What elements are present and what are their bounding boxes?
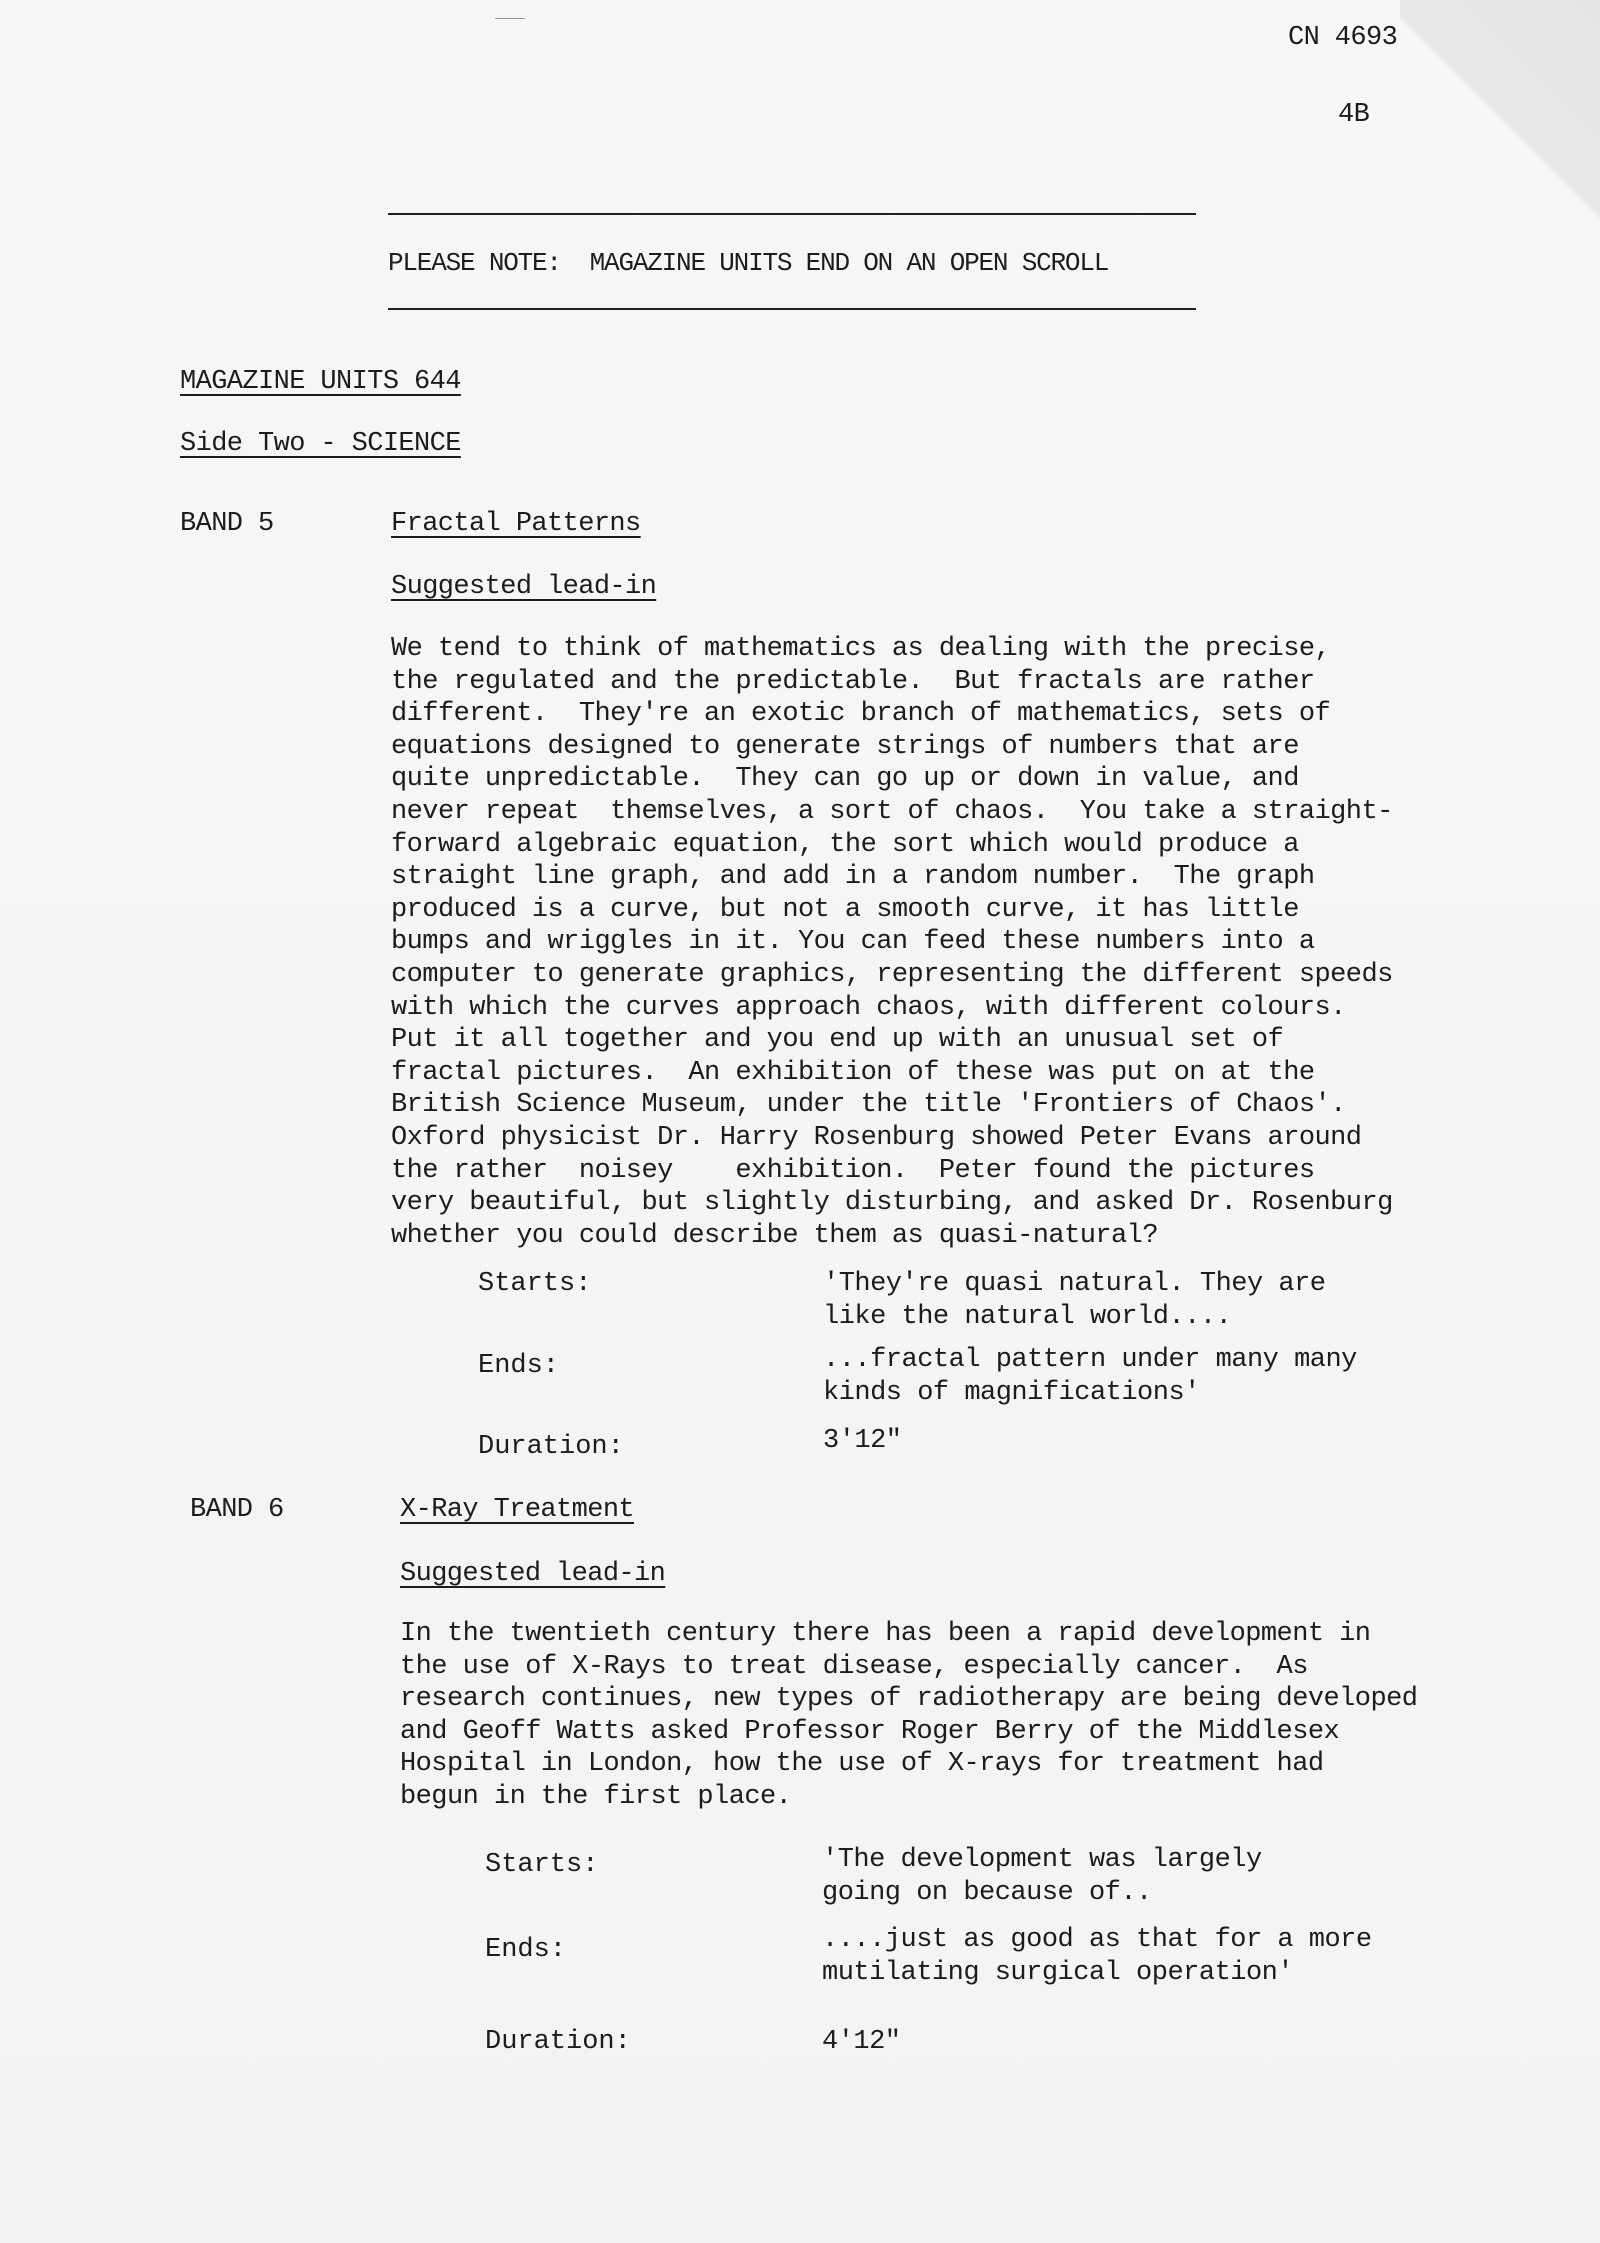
duration-value: 4'12" [822, 2026, 901, 2059]
leadin-line: forward algebraic equation, the sort whi… [391, 829, 1393, 862]
leadin-line: straight line graph, and add in a random… [391, 861, 1393, 894]
leadin-line: Oxford physicist Dr. Harry Rosenburg sho… [391, 1122, 1393, 1155]
ends-label: Ends: [485, 1934, 566, 1967]
leadin-line: equations designed to generate strings o… [391, 731, 1393, 764]
leadin-line: the rather noisey exhibition. Peter foun… [391, 1155, 1393, 1188]
leadin-line: Put it all together and you end up with … [391, 1024, 1393, 1057]
leadin-line: produced is a curve, but not a smooth cu… [391, 894, 1393, 927]
stray-mark [495, 18, 525, 19]
leadin-line: British Science Museum, under the title … [391, 1089, 1393, 1122]
starts-value: 'They're quasi natural. They are like th… [823, 1268, 1325, 1334]
document-code: CN 4693 [1288, 22, 1397, 55]
leadin-line: computer to generate graphics, represent… [391, 959, 1393, 992]
document-page: CN 4693 4B PLEASE NOTE: MAGAZINE UNITS E… [0, 0, 1600, 2243]
leadin-line: the use of X-Rays to treat disease, espe… [400, 1651, 1417, 1684]
folded-corner [1400, 0, 1600, 280]
side-title: Side Two - SCIENCE [180, 428, 461, 461]
starts-value: 'The development was largely going on be… [822, 1844, 1262, 1910]
leadin-line: and Geoff Watts asked Professor Roger Be… [400, 1716, 1417, 1749]
notice: PLEASE NOTE: MAGAZINE UNITS END ON AN OP… [388, 247, 1108, 280]
unit-title: MAGAZINE UNITS 644 [180, 366, 461, 399]
duration-label: Duration: [485, 2026, 631, 2059]
ends-value: ...fractal pattern under many many kinds… [823, 1344, 1357, 1410]
leadin-line: We tend to think of mathematics as deali… [391, 633, 1393, 666]
leadin-line: the regulated and the predictable. But f… [391, 666, 1393, 699]
starts-label: Starts: [485, 1849, 598, 1882]
leadin-line: whether you could describe them as quasi… [391, 1220, 1393, 1253]
leadin-line: begun in the first place. [400, 1781, 1417, 1814]
band-label: BAND 5 [180, 508, 274, 541]
starts-label: Starts: [478, 1268, 591, 1301]
duration-label: Duration: [478, 1431, 624, 1464]
leadin-text: We tend to think of mathematics as deali… [391, 633, 1393, 1252]
leadin-heading: Suggested lead-in [400, 1558, 665, 1591]
leadin-line: research continues, new types of radioth… [400, 1683, 1417, 1716]
leadin-line: fractal pictures. An exhibition of these… [391, 1057, 1393, 1090]
page-number: 4B [1338, 99, 1369, 132]
leadin-line: very beautiful, but slightly disturbing,… [391, 1187, 1393, 1220]
leadin-line: In the twentieth century there has been … [400, 1618, 1417, 1651]
leadin-line: bumps and wriggles in it. You can feed t… [391, 926, 1393, 959]
duration-value: 3'12" [823, 1425, 902, 1458]
band-title: X-Ray Treatment [400, 1494, 634, 1527]
leadin-line: with which the curves approach chaos, wi… [391, 992, 1393, 1025]
leadin-line: quite unpredictable. They can go up or d… [391, 763, 1393, 796]
notice-rule-top [388, 213, 1196, 215]
leadin-line: different. They're an exotic branch of m… [391, 698, 1393, 731]
notice-rule-bottom [388, 308, 1196, 310]
ends-label: Ends: [478, 1350, 559, 1383]
leadin-heading: Suggested lead-in [391, 571, 656, 604]
leadin-line: Hospital in London, how the use of X-ray… [400, 1748, 1417, 1781]
leadin-text: In the twentieth century there has been … [400, 1618, 1417, 1814]
band-label: BAND 6 [190, 1494, 284, 1527]
leadin-line: never repeat themselves, a sort of chaos… [391, 796, 1393, 829]
band-title: Fractal Patterns [391, 508, 641, 541]
ends-value: ....just as good as that for a more muti… [822, 1924, 1372, 1990]
